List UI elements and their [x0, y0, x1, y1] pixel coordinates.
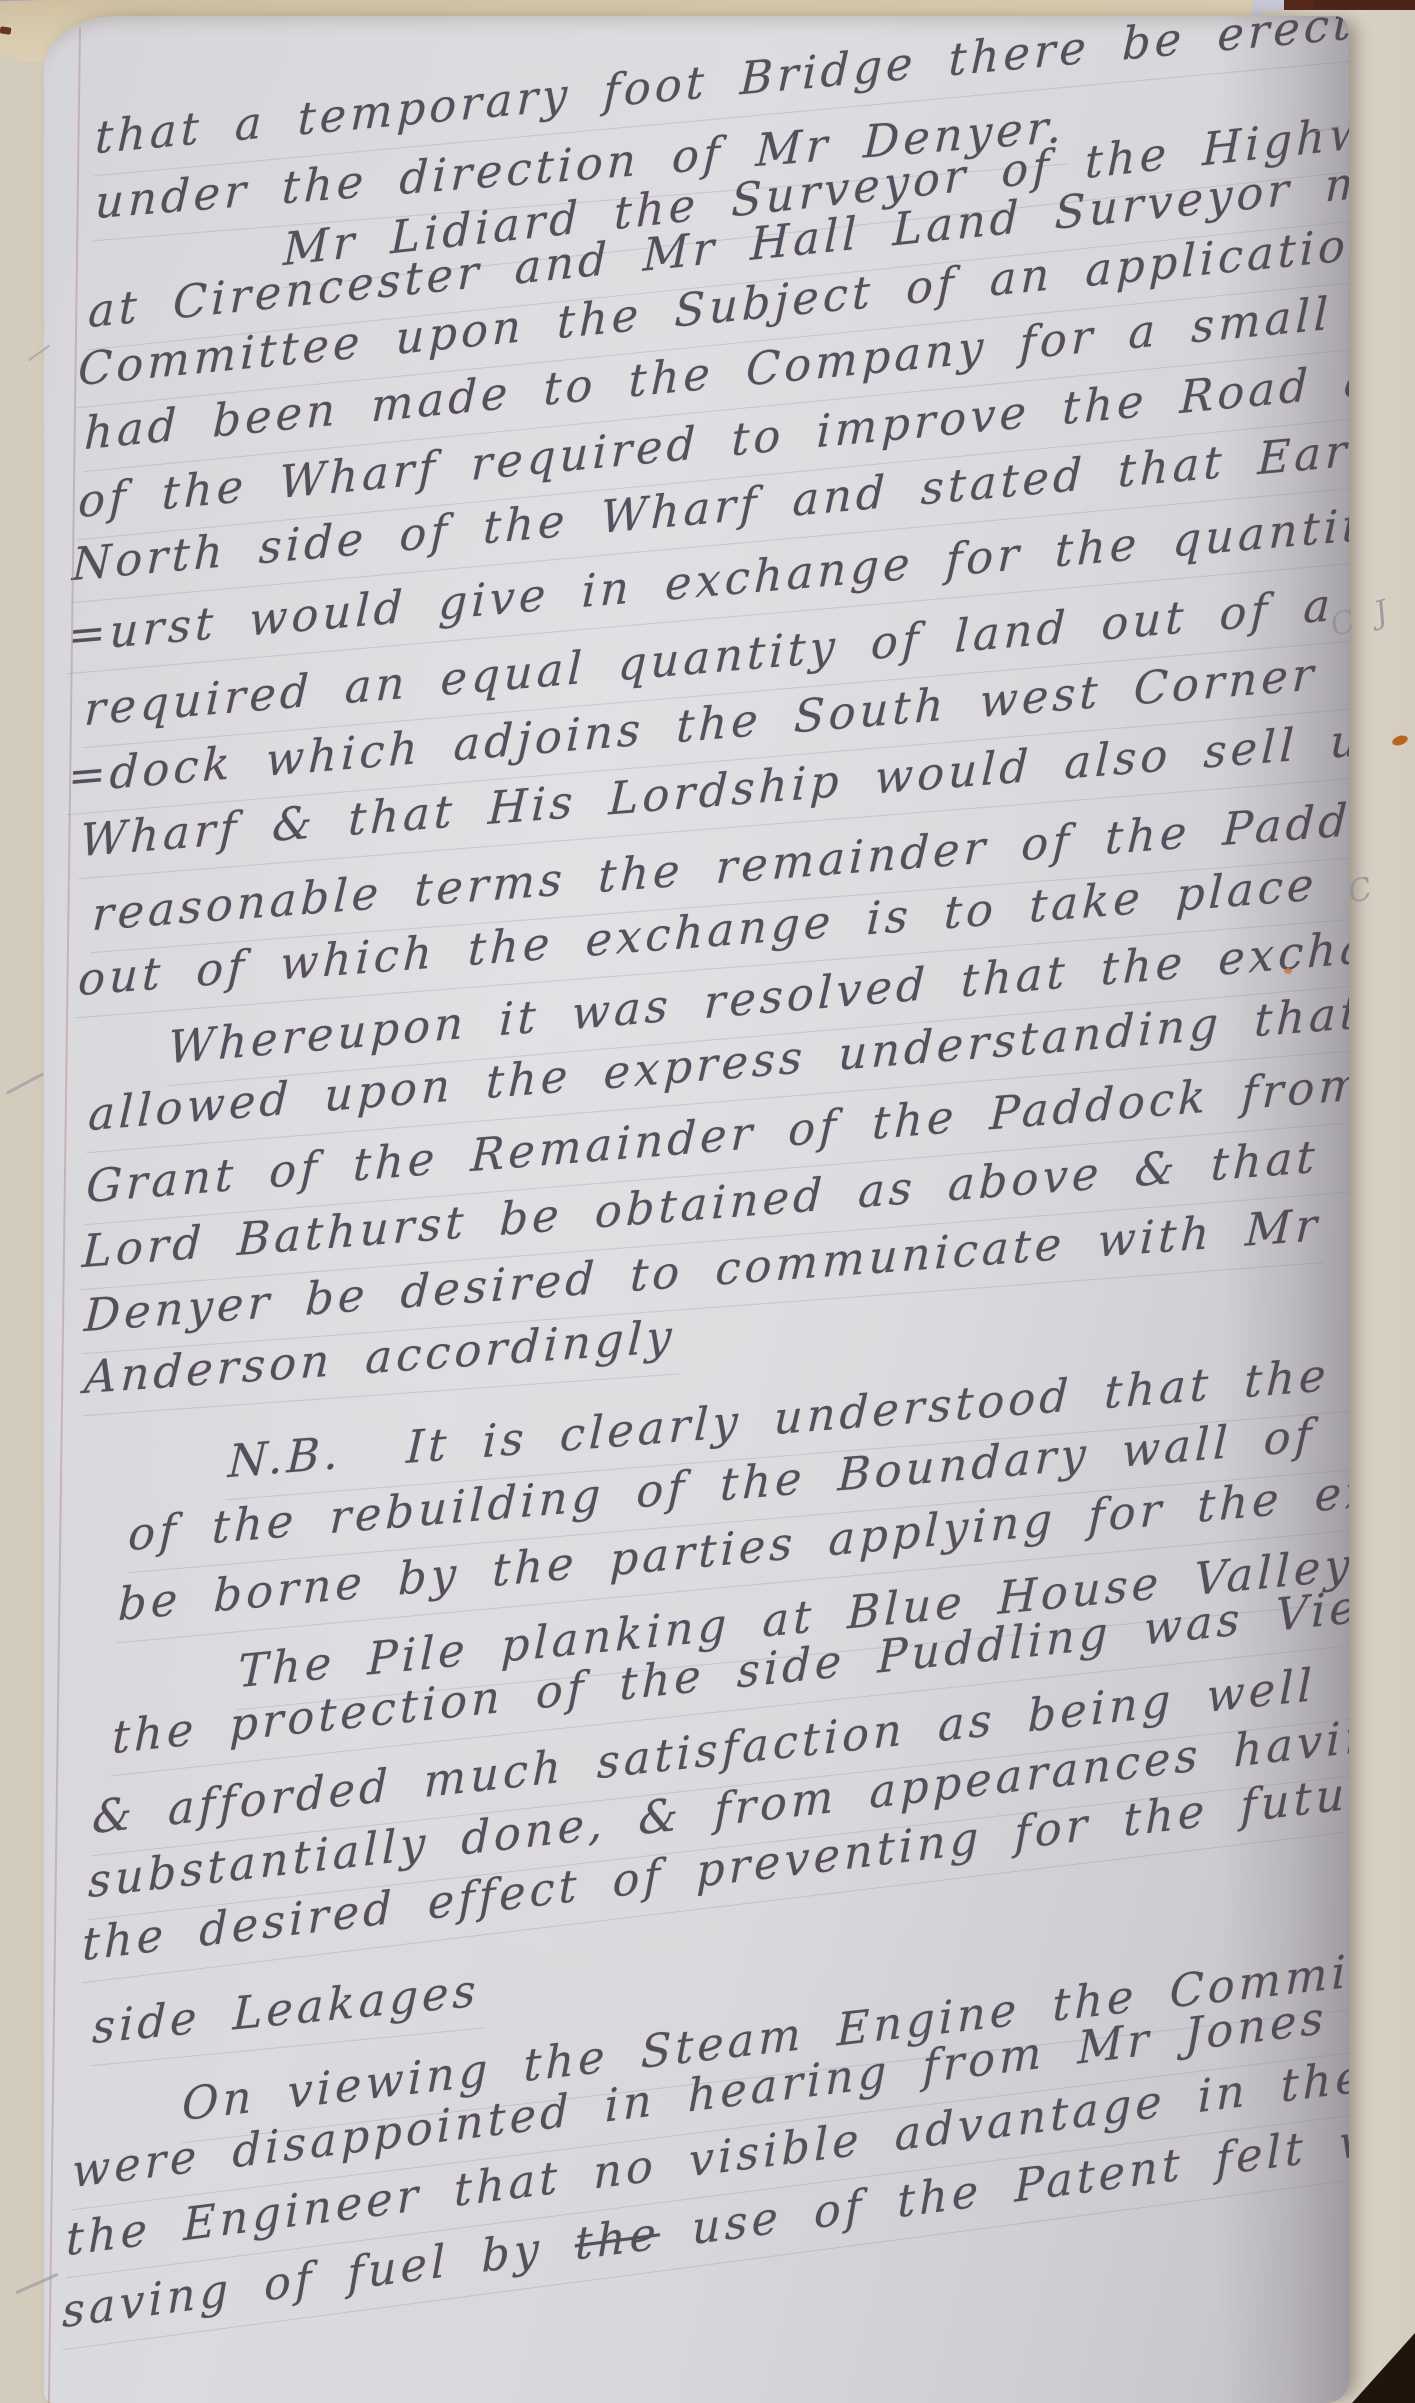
text-layer: that a temporary foot Bridge there be er… — [44, 16, 1349, 2403]
manuscript-page: that a temporary foot Bridge there be er… — [44, 16, 1349, 2403]
cover-speck — [0, 26, 11, 34]
pencil-stroke — [6, 1072, 44, 1094]
struck-word: the — [575, 2206, 660, 2271]
rust-speck — [1284, 968, 1292, 974]
scanned-document: that a temporary foot Bridge there be er… — [0, 0, 1415, 2403]
